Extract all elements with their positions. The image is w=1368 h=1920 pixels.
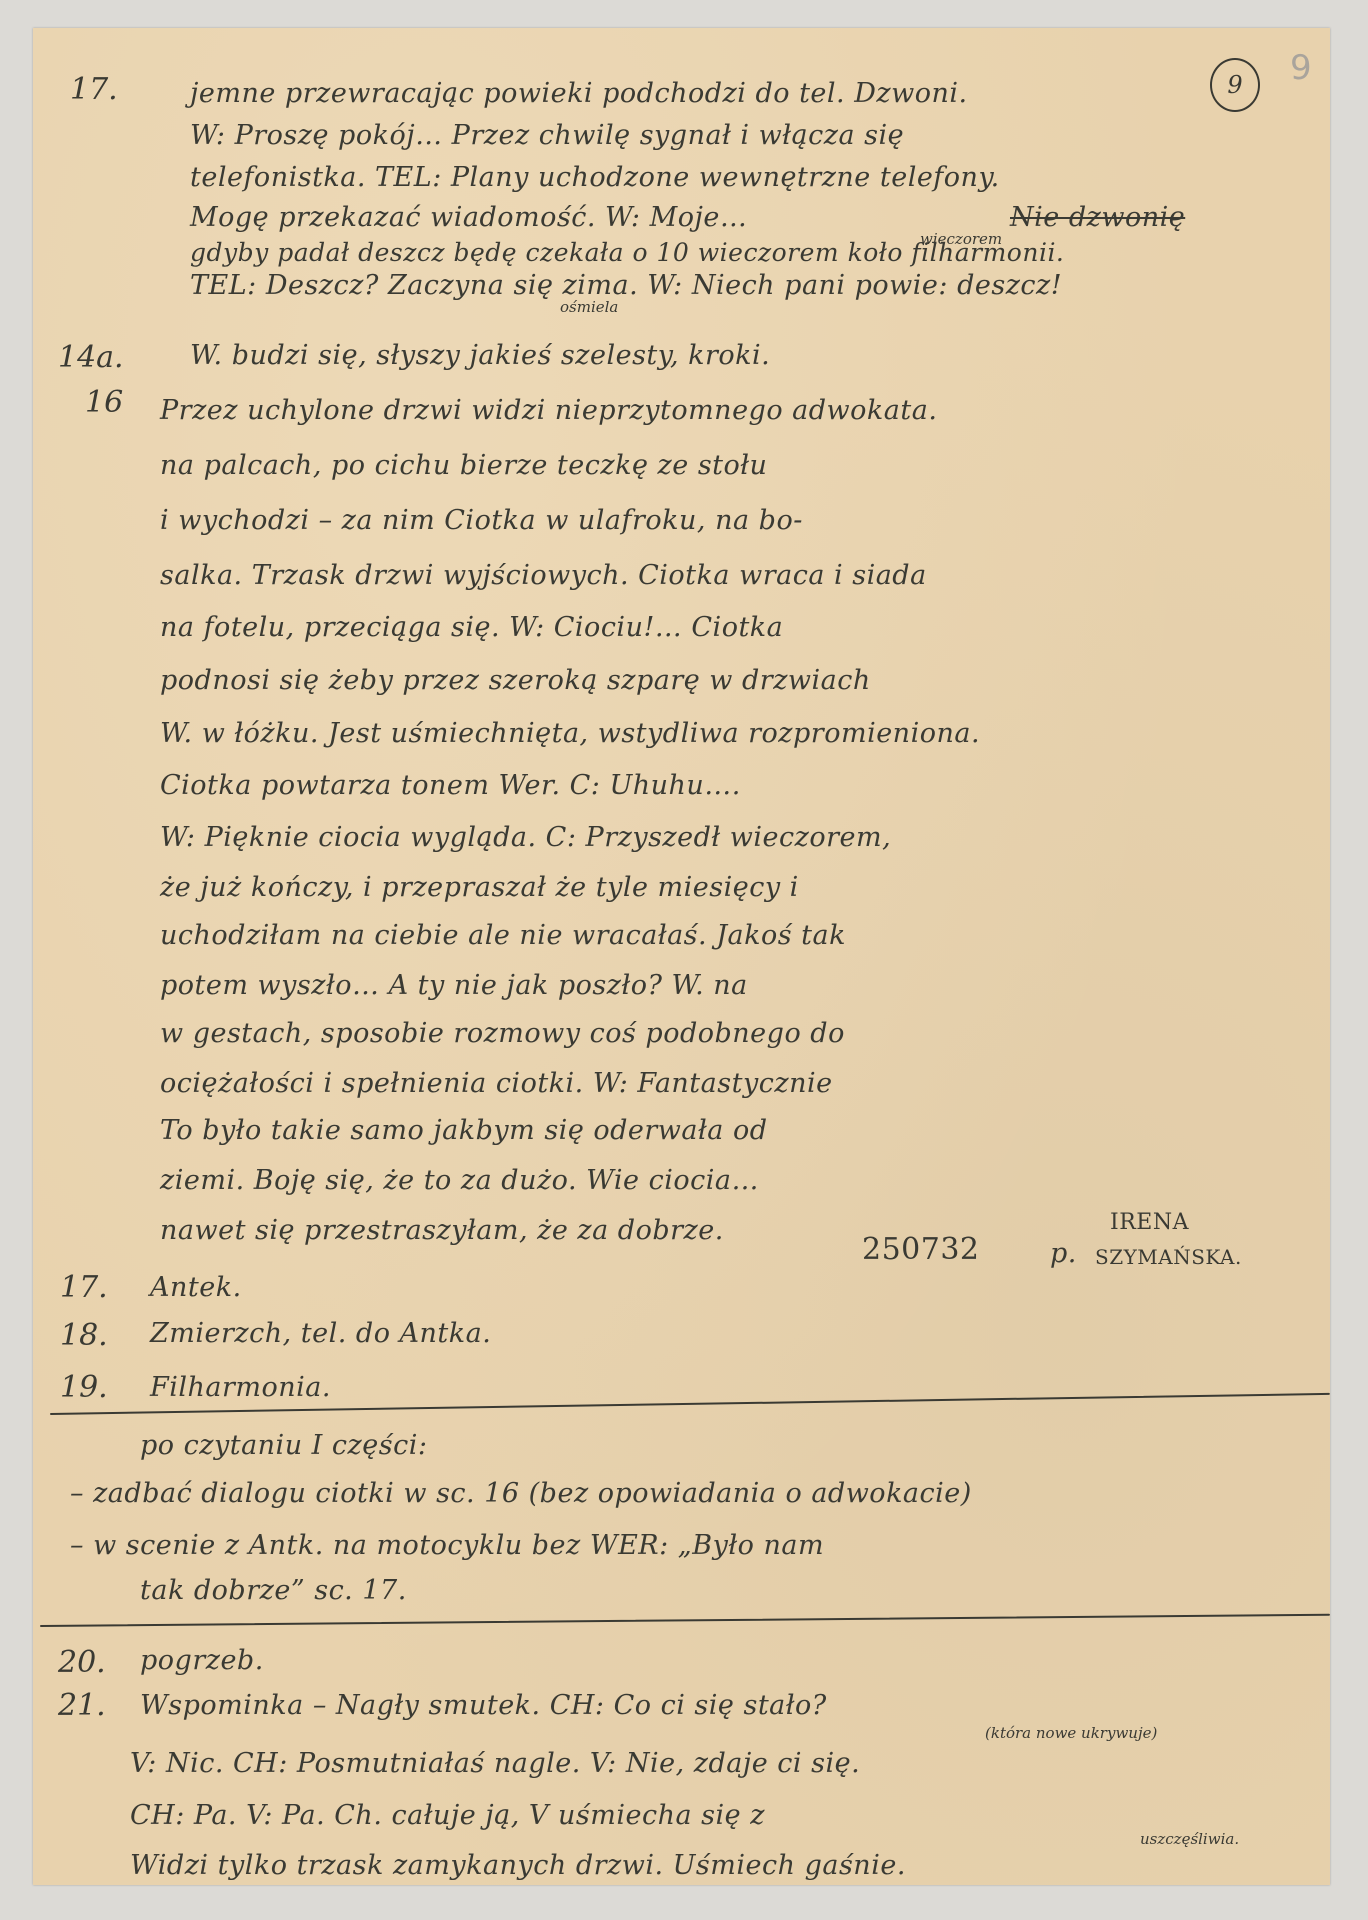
text-line: uchodziłam na ciebie ale nie wracałaś. J… (160, 920, 846, 951)
scene-number: 17. (70, 72, 118, 107)
note-last-name: SZYMAŃSKA. (1095, 1245, 1242, 1269)
text-line: Zmierzch, tel. do Antka. (150, 1318, 491, 1349)
scene-number: 17. (60, 1270, 108, 1305)
text-line: ziemi. Boję się, że to za dużo. Wie cioc… (160, 1165, 759, 1196)
insertion-text: (która nowe ukrywuje) (985, 1724, 1157, 1742)
text-line: na fotelu, przeciąga się. W: Ciociu!… Ci… (160, 612, 783, 643)
text-line: podnosi się żeby przez szeroką szparę w … (160, 665, 871, 696)
text-line: jemne przewracając powieki podchodzi do … (190, 78, 968, 109)
note-first-name: IRENA (1110, 1210, 1189, 1235)
name-prefix: p. (1050, 1238, 1077, 1269)
scene-number-alt: 16 (85, 385, 123, 420)
scene-number: 19. (60, 1370, 108, 1405)
text-line: potem wyszło… A ty nie jak poszło? W. na (160, 970, 748, 1001)
text-line: ociężałości i spełnienia ciotki. W: Fant… (160, 1068, 833, 1099)
text-line: W: Proszę pokój… Przez chwilę sygnał i w… (190, 120, 904, 151)
revision-item: – w scenie z Antk. na motocyklu bez WER:… (70, 1530, 824, 1561)
page-number-pencil: 9 (1290, 48, 1312, 88)
text-line: To było takie samo jakbym się oderwała o… (160, 1115, 768, 1146)
page-number-circled: 9 (1210, 58, 1260, 112)
strikethrough-text: Nie dzwonię (1010, 202, 1185, 233)
text-line: W. budzi się, słyszy jakieś szelesty, kr… (190, 340, 770, 371)
text-line: Ciotka powtarza tonem Wer. C: Uhuhu…. (160, 770, 741, 801)
text-line: i wychodzi – za nim Ciotka w ulafroku, n… (160, 505, 803, 536)
text-line: V: Nic. CH: Posmutniałaś nagle. V: Nie, … (130, 1748, 860, 1779)
text-line: W. w łóżku. Jest uśmiechnięta, wstydliwa… (160, 718, 980, 749)
revision-item: – zadbać dialogu ciotki w sc. 16 (bez op… (70, 1478, 972, 1509)
text-line: na palcach, po cichu bierze teczkę ze st… (160, 450, 767, 481)
text-line: Wspominka – Nagły smutek. CH: Co ci się … (140, 1690, 827, 1721)
phone-number: 250732 (862, 1232, 980, 1267)
text-line: nawet się przestraszyłam, że za dobrze. (160, 1215, 724, 1246)
scene-number: 18. (60, 1318, 108, 1353)
revision-heading: po czytaniu I części: (140, 1430, 427, 1461)
text-line: w gestach, sposobie rozmowy coś podobneg… (160, 1018, 845, 1049)
text-line: telefonistka. TEL: Plany uchodzone wewnę… (190, 162, 1000, 193)
scene-number: 14a. (58, 340, 124, 375)
text-line: że już kończy, i przepraszał że tyle mie… (160, 872, 799, 903)
insertion-text: uszczęśliwia. (1140, 1830, 1239, 1848)
insertion-text: ośmiela (560, 298, 618, 316)
text-line: Antek. (150, 1272, 242, 1303)
text-line: CH: Pa. V: Pa. Ch. całuje ją, V uśmiecha… (130, 1800, 765, 1831)
manuscript-page (33, 28, 1330, 1885)
text-line: Filharmonia. (150, 1372, 331, 1403)
text-line: salka. Trzask drzwi wyjściowych. Ciotka … (160, 560, 927, 591)
scene-number: 20. (58, 1645, 106, 1680)
revision-item: tak dobrze” sc. 17. (140, 1575, 407, 1606)
scene-number: 21. (58, 1688, 106, 1723)
text-line: Przez uchylone drzwi widzi nieprzytomneg… (160, 395, 937, 426)
text-line: W: Pięknie ciocia wygląda. C: Przyszedł … (160, 822, 891, 853)
text-line: TEL: Deszcz? Zaczyna się zima. W: Niech … (190, 270, 1062, 301)
text-line: Widzi tylko trzask zamykanych drzwi. Uśm… (130, 1850, 906, 1881)
text-line: pogrzeb. (140, 1645, 264, 1676)
text-line: Mogę przekazać wiadomość. W: Moje… (190, 202, 747, 233)
text-line: gdyby padał deszcz będę czekała o 10 wie… (190, 238, 1064, 267)
